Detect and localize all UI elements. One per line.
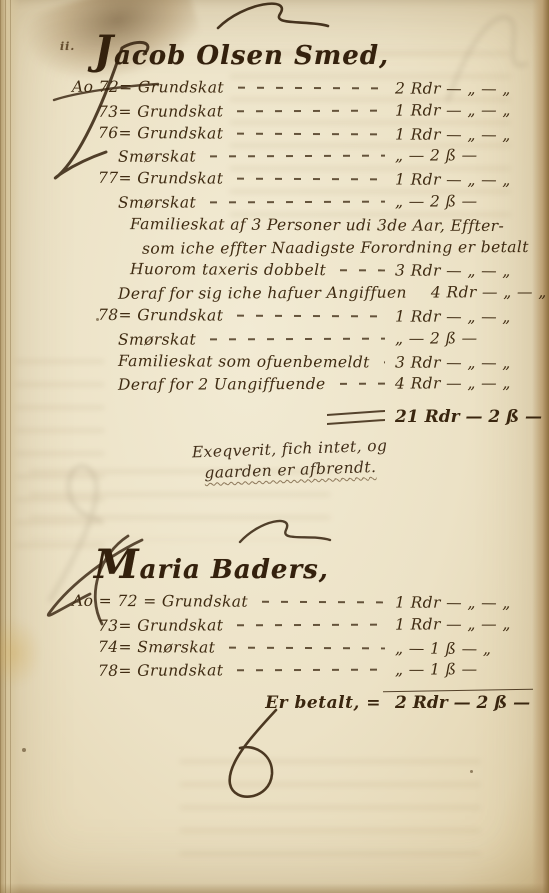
tax-row-label: Ao = 72 = Grundskat <box>72 592 248 611</box>
tax-row-label: Smørskat <box>118 148 196 166</box>
tax-row-amount: 1 Rdr — „ — „ <box>395 171 533 190</box>
dashed-leader <box>210 155 385 158</box>
tax-row-amount: 1 Rdr — „ — „ <box>395 615 533 634</box>
tax-row: Smørskat„ — 2 ß — <box>72 146 533 171</box>
tax-row-label: Deraf for 2 Uangiffuende <box>118 375 326 394</box>
dashed-leader <box>262 601 385 604</box>
dashed-leader <box>340 383 385 385</box>
tax-row-label: 74= Smørskat <box>98 638 215 657</box>
paid-label: Er betalt, = <box>265 693 381 713</box>
tax-rows: Ao 72= Grundskat2 Rdr — „ — „73= Grundsk… <box>72 79 533 398</box>
tax-row: Ao 72= Grundskat2 Rdr — „ — „ <box>72 78 533 103</box>
dashed-leader <box>237 669 385 672</box>
executor-note-line2: gaarden er afbrendt. <box>204 458 376 482</box>
descender-loop-flourish <box>218 708 308 808</box>
entry-total-amount: 2 Rdr — 2 ß — <box>395 693 533 713</box>
tax-row-amount: „ — 2 ß — <box>395 329 533 348</box>
paper-stain <box>0 618 42 688</box>
page-edge-right <box>532 0 549 893</box>
tax-row-label: Smørskat <box>118 330 196 348</box>
tax-row: som iche effter Naadigste Forordning er … <box>72 238 533 263</box>
tax-row-amount: „ — 1 ß — <box>395 660 533 679</box>
tax-row-label: Ao 72= Grundskat <box>72 78 224 97</box>
tax-row-amount: „ — 2 ß — <box>395 192 533 211</box>
sum-equals-lines <box>327 410 385 425</box>
tax-row-amount: „ — 1 ß — „ <box>395 639 533 658</box>
tax-row: Deraf for sig iche hafuer Angiffuen4 Rdr… <box>72 283 533 308</box>
ledger-entry-jacob-olsen-smed: ii. Jacob Olsen Smed, Ao 72= Grundskat2 … <box>58 26 533 481</box>
dashed-leader <box>237 315 385 318</box>
tax-row: 78= Grundskat1 Rdr — „ — „ <box>72 306 533 331</box>
entry-name: ii. Jacob Olsen Smed, <box>94 26 533 74</box>
ink-speck <box>470 770 473 773</box>
dashed-leader <box>238 87 385 90</box>
tax-row-label: 76= Grundskat <box>98 124 223 143</box>
bleed-through-ghost <box>180 760 480 860</box>
tax-row: 78= Grundskat„ — 1 ß — <box>72 660 533 685</box>
executor-note: Exeqverit, fich intet, og gaarden er afb… <box>169 435 410 485</box>
entry-total-amount: 21 Rdr — 2 ß — <box>395 407 533 427</box>
tax-row-label: Huorom taxeris dobbelt <box>130 260 326 279</box>
tax-row-amount: 4 Rdr — „ — „ <box>431 283 549 302</box>
manuscript-page: ii. Jacob Olsen Smed, Ao 72= Grundskat2 … <box>0 0 549 893</box>
tax-rows: Ao = 72 = Grundskat1 Rdr — „ — „73= Grun… <box>72 593 533 684</box>
tax-row-label: 73= Grundskat <box>98 102 223 121</box>
tax-row-label: 78= Grundskat <box>98 662 223 681</box>
tax-row-amount: „ — 2 ß — <box>395 146 533 165</box>
dashed-leader <box>237 133 385 136</box>
tax-row: Huorom taxeris dobbelt3 Rdr — „ — „ <box>72 260 533 285</box>
dashed-leader <box>237 178 385 181</box>
tax-row-amount: 1 Rdr — „ — „ <box>395 125 533 144</box>
dashed-leader <box>237 110 385 113</box>
tax-row-label: Smørskat <box>118 193 196 211</box>
tax-row: 73= Grundskat1 Rdr — „ — „ <box>72 615 533 640</box>
tax-row-amount: 3 Rdr — „ — „ <box>395 353 533 372</box>
tax-row-amount: 1 Rdr — „ — „ <box>395 307 533 326</box>
dashed-leader <box>229 647 385 650</box>
entry-total-row: 21 Rdr — 2 ß — <box>58 407 533 427</box>
tax-row-amount: 4 Rdr — „ — „ <box>395 374 533 393</box>
tax-row-amount: 1 Rdr — „ — „ <box>395 593 533 612</box>
page-edge-bottom <box>0 883 549 893</box>
entry-total-row: Er betalt, = 2 Rdr — 2 ß — <box>58 693 533 713</box>
tax-row-label: 73= Grundskat <box>98 616 223 635</box>
tax-row: 77= Grundskat1 Rdr — „ — „ <box>72 169 533 194</box>
tax-row-amount: 1 Rdr — „ — „ <box>395 101 533 120</box>
tax-row-label: 78= Grundskat <box>98 306 223 325</box>
tax-row-label: Deraf for sig iche hafuer Angiffuen <box>118 284 407 303</box>
tax-row-label: som iche effter Naadigste Forordning er … <box>142 238 529 258</box>
tax-row-amount: 2 Rdr — „ — „ <box>395 79 533 98</box>
pen-flourish <box>234 516 334 548</box>
tax-row-label: Familieskat som ofuenbemeldt <box>118 352 370 371</box>
tax-row: Deraf for 2 Uangiffuende4 Rdr — „ — „ <box>72 374 533 399</box>
tax-row: Smørskat„ — 2 ß — <box>72 192 533 217</box>
sum-rule <box>383 689 533 693</box>
tax-row: 76= Grundskat1 Rdr — „ — „ <box>72 123 533 148</box>
tax-row: Ao = 72 = Grundskat1 Rdr — „ — „ <box>72 592 533 617</box>
ink-speck <box>22 748 26 752</box>
tax-row-amount: 3 Rdr — „ — „ <box>395 262 533 281</box>
tax-row: Familieskat af 3 Personer udi 3de Aar, E… <box>72 215 533 240</box>
tax-row: 73= Grundskat1 Rdr — „ — „ <box>72 101 533 126</box>
dashed-leader <box>210 201 385 204</box>
entry-name-text: Jacob Olsen Smed, <box>94 41 389 71</box>
dashed-leader <box>237 624 385 627</box>
pen-flourish <box>214 0 334 34</box>
tax-row: 74= Smørskat„ — 1 ß — „ <box>72 637 533 662</box>
tax-row: Smørskat„ — 2 ß — <box>72 329 533 354</box>
dashed-leader <box>384 361 385 363</box>
margin-mark: ii. <box>60 40 75 53</box>
ledger-entry-maria-baders: Maria Baders, Ao = 72 = Grundskat1 Rdr —… <box>58 540 533 713</box>
entry-name: Maria Baders, <box>94 540 533 588</box>
dashed-leader <box>340 270 385 272</box>
tax-row-label: 77= Grundskat <box>98 169 223 188</box>
tax-row-label: Familieskat af 3 Personer udi 3de Aar, E… <box>130 215 504 235</box>
tax-row: Familieskat som ofuenbemeldt3 Rdr — „ — … <box>72 351 533 376</box>
entry-name-text: Maria Baders, <box>94 555 329 585</box>
binding-edge <box>0 0 20 893</box>
dashed-leader <box>210 338 385 341</box>
